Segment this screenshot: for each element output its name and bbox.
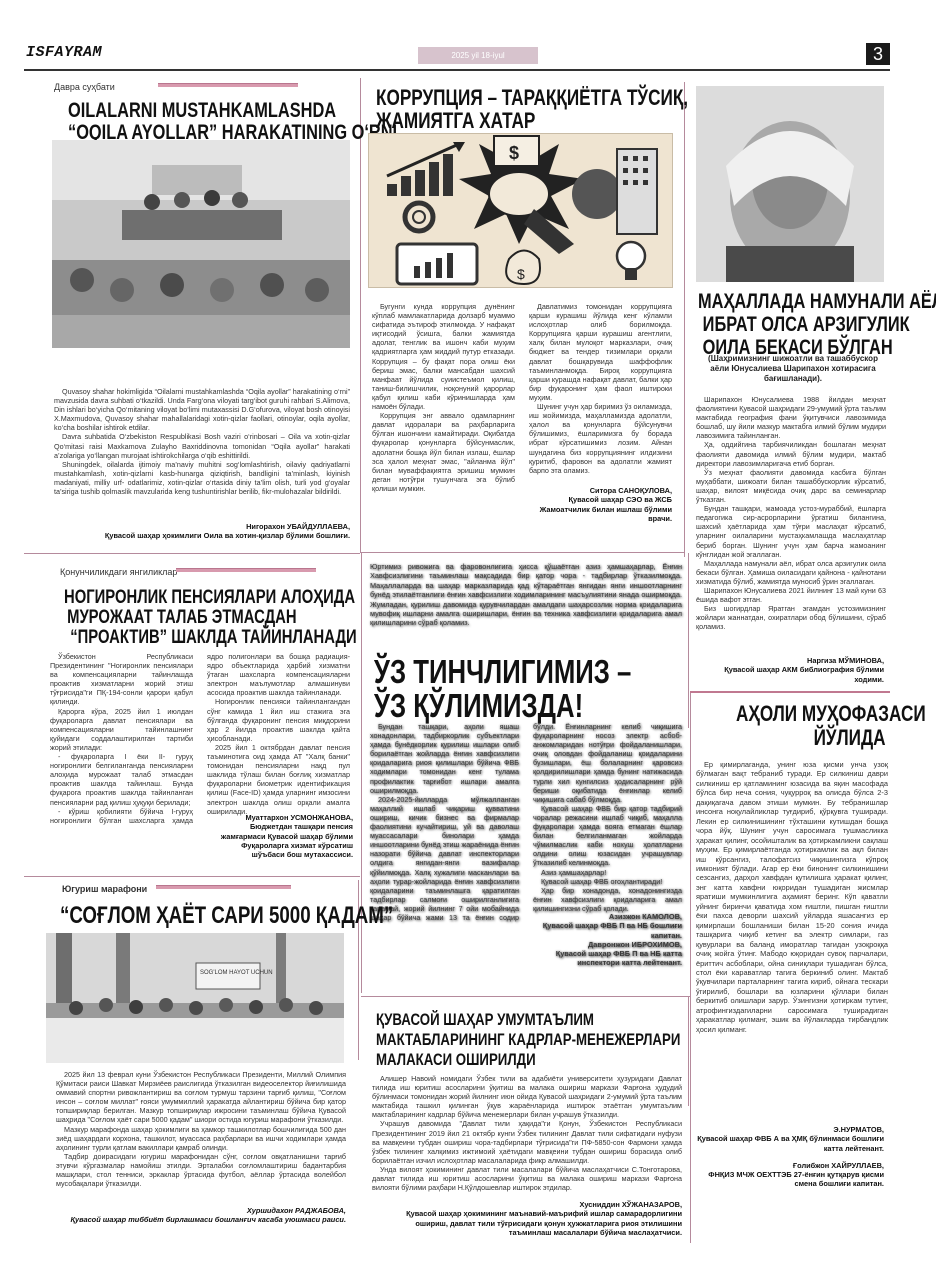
article-signature: Нигорахон УБАЙДУЛЛАЕВА, Қувасой шаҳар ҳо… bbox=[54, 522, 350, 541]
page-number: 3 bbox=[866, 43, 890, 65]
masthead-rule bbox=[24, 69, 890, 71]
meeting-photo-illustration bbox=[52, 140, 350, 348]
headline: “СОҒЛОМ ҲАЁТ САРИ 5000 ҚАДАМ” bbox=[60, 903, 393, 929]
section-divider bbox=[24, 553, 360, 554]
column-divider bbox=[688, 553, 689, 728]
portrait-illustration bbox=[696, 86, 884, 282]
article-body: 2025 йил 13 феврал куни Ўзбекистон Респу… bbox=[56, 1070, 346, 1188]
portrait-photo bbox=[696, 86, 884, 282]
rubric-bar bbox=[156, 885, 291, 889]
section-divider bbox=[361, 996, 691, 997]
section-divider bbox=[360, 552, 685, 553]
article-subtitle: (Шаҳримизнинг шижоатли ва ташаббускор аё… bbox=[700, 354, 886, 384]
headline: КОРРУПЦИЯ – ТАРАҚҚИЁТГА ТЎСИҚ, ЖАМИЯТГА … bbox=[376, 86, 688, 132]
section-divider bbox=[690, 691, 890, 693]
article-signature: Наргиза МЎМИНОВА, Қувасой шаҳар АКМ библ… bbox=[696, 656, 884, 684]
column-divider bbox=[360, 78, 361, 553]
headline: ЎЗ ТИНЧЛИГИМИЗ – ЎЗ ҚЎЛИМИЗДА! bbox=[374, 655, 631, 723]
rubric-bar bbox=[158, 83, 298, 87]
article-signature: Э.НУРМАТОВ, Қувасой шаҳар ФВБ А ва ҲМҚ б… bbox=[696, 1125, 884, 1189]
svg-text:$: $ bbox=[517, 266, 525, 282]
article-body: Ер қимирлаганда, унинг юза қисми унча уз… bbox=[696, 760, 888, 1034]
corruption-illustration: $ $ bbox=[368, 133, 673, 288]
marathon-photo: SOG'LOM HAYOT UCHUN bbox=[46, 933, 344, 1063]
article-signature: Азизжон КАМОЛОВ, Қувасой шаҳар ФВБ П ва … bbox=[540, 912, 682, 968]
rubric-label: Қонунчиликдаги янгиликлар bbox=[60, 567, 177, 577]
rubric-label: Югуриш марафони bbox=[62, 884, 147, 894]
meeting-photo bbox=[52, 140, 350, 348]
article-signature: Муаттархон УСМОНЖАНОВА, Бюджетдан ташқар… bbox=[215, 813, 353, 859]
marathon-photo-illustration: SOG'LOM HAYOT UCHUN bbox=[46, 933, 344, 1063]
article-signature: Хуршидахон РАДЖАБОВА, Қувасой шаҳар тибб… bbox=[56, 1206, 346, 1225]
headline: АҲОЛИ МУҲОФАЗАСИ ЙЎЛИДА bbox=[736, 702, 926, 750]
headline: OILALARNI MUSTAHKAMLASHDA “OQILA AYOLLAR… bbox=[68, 100, 397, 144]
article-body: Алишер Навоий номидаги Ўзбек тили ва ада… bbox=[372, 1074, 682, 1192]
fist-money-illustration: $ $ bbox=[369, 134, 674, 289]
newspaper-name: ISFAYRAM bbox=[26, 44, 102, 61]
column-divider bbox=[690, 693, 691, 1243]
article-intro: Юртимиз ривожига ва фаровонлигига ҳисса … bbox=[370, 562, 682, 628]
svg-text:SOG'LOM HAYOT UCHUN: SOG'LOM HAYOT UCHUN bbox=[200, 970, 273, 976]
issue-date: 2025 yil 18-iyul bbox=[418, 47, 538, 64]
column-divider bbox=[688, 996, 689, 1106]
headline: ҚУВАСОЙ ШАҲАР УМУМТАЪЛИМ МАКТАБЛАРИНИНГ … bbox=[376, 1010, 680, 1070]
article-signature: Хусниддин ХЎЖАНАЗАРОВ, Қувасой шаҳар ҳок… bbox=[372, 1200, 682, 1237]
rubric-label: Давра суҳбати bbox=[54, 82, 115, 92]
article-body: Шарипахон Юнусалиева 1988 йилдан меҳнат … bbox=[696, 395, 886, 631]
rubric-bar bbox=[176, 568, 316, 572]
headline: НОГИРОНЛИК ПЕНСИЯЛАРИ АЛОҲИДА МУРОЖААТ Т… bbox=[64, 588, 357, 648]
headline: МАҲАЛЛАДА НАМУНАЛИ АЁЛ, ИБРАТ ОЛСА АРЗИГ… bbox=[698, 290, 936, 359]
article-body: Quvasoy shahar hokimligida “Oilalarni mu… bbox=[54, 387, 350, 496]
svg-text:$: $ bbox=[509, 143, 519, 163]
article-signature: Ситора САНОҚУЛОВА, Қувасой шаҳар СЭО ва … bbox=[530, 486, 672, 523]
column-divider bbox=[684, 82, 685, 557]
